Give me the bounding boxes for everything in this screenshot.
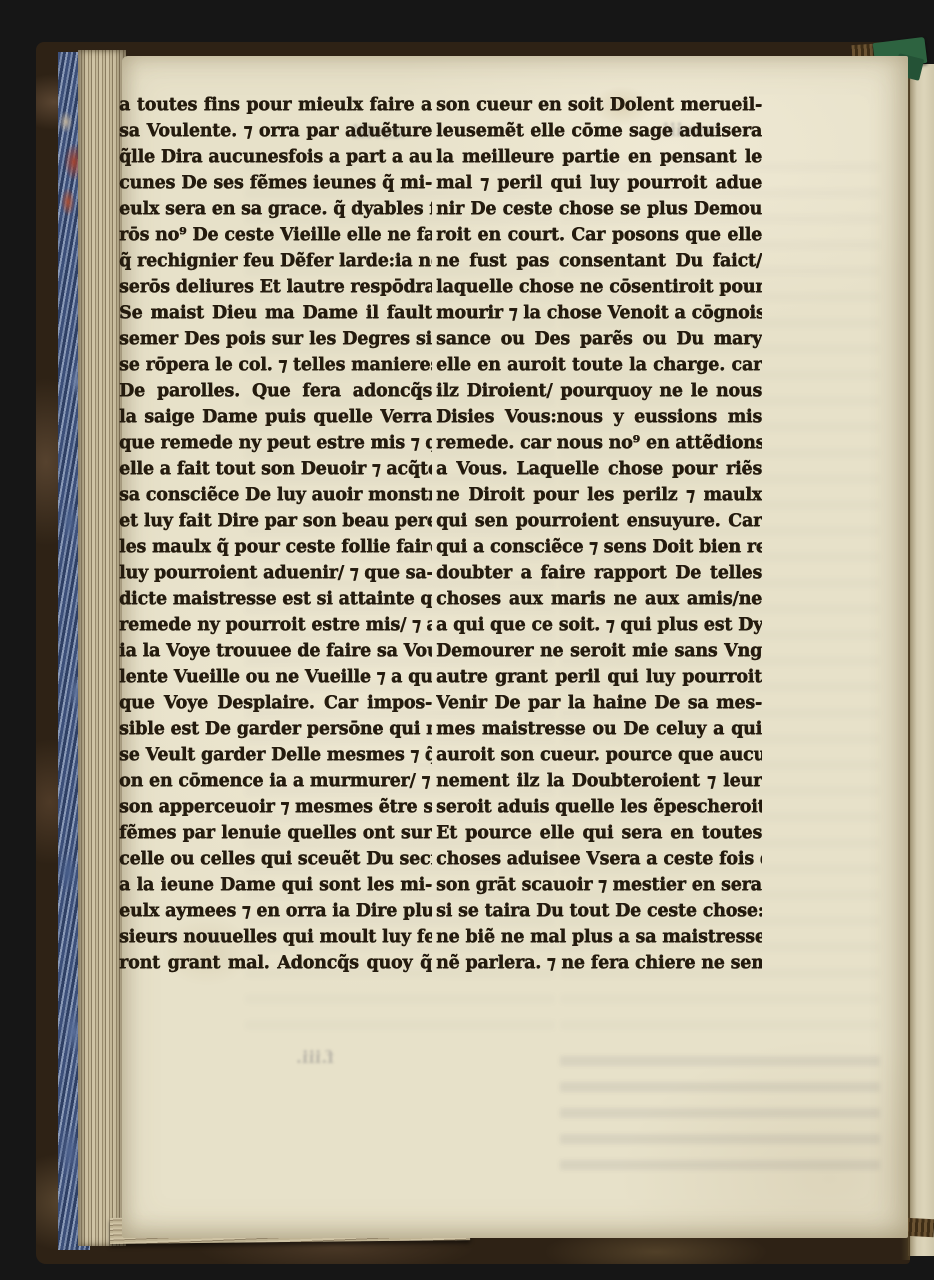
text-line: mes maistresse ou De celuy a qui [436,716,762,742]
text-line: son grāt scauoir ⁊ mestier en sera. [436,872,762,898]
text-line: sa Voulente. ⁊ orra par aduẽture [119,118,432,144]
text-line: a Vous. Laquelle chose pour riẽs [436,456,762,482]
text-line: lente Vueille ou ne Vueille ⁊ a qui [119,664,432,690]
text-line: cunes De ses fẽmes ieunes q̃ mi- [119,170,432,196]
text-line: Venir De par la haine De sa mes- [436,690,762,716]
text-line: ront grant mal. Adoncq̃s quoy q̃ [119,950,432,976]
text-line: q̃lle Dira aucunesfois a part a au [119,144,432,170]
text-line: remede ny pourroit estre mis/ ⁊ a [119,612,432,638]
text-line: ne fust pas consentant Du faict/ [436,248,762,274]
text-line: se Veult garder Delle mesmes ⁊ q̃ [119,742,432,768]
text-line: nẽ parlera. ⁊ ne fera chiere ne sem [436,950,762,976]
text-line: sance ou Des parẽs ou Du mary [436,326,762,352]
text-line: a la ieune Dame qui sont les mi- [119,872,432,898]
text-line: Demourer ne seroit mie sans Vng [436,638,762,664]
text-line: fẽmes par lenuie quelles ont sur [119,820,432,846]
text-line: a qui que ce soit. ⁊ qui plus est Dy [436,612,762,638]
text-line: choses aduisee Vsera a ceste fois de [436,846,762,872]
text-line: eulx sera en sa grace. q̃ dyables fe [119,196,432,222]
text-column-right: son cueur en soit Dolent merueil-leusemẽ… [436,92,762,1002]
text-line: nement ilz la Doubteroient ⁊ leur [436,768,762,794]
text-line: que Voye Desplaire. Car impos- [119,690,432,716]
text-line: De parolles. Que fera adoncq̃s [119,378,432,404]
text-line: mourir ⁊ la chose Venoit a cōgnois [436,300,762,326]
text-line: ne biẽ ne mal plus a sa maistresse [436,924,762,950]
text-line: elle a fait tout son Deuoir ⁊ acq̃te [119,456,432,482]
text-line: qui sen pourroient ensuyure. Car [436,508,762,534]
text-line: dicte maistresse est si attainte que [119,586,432,612]
text-line: la saige Dame puis quelle Verra [119,404,432,430]
text-line: sa consciẽce De luy auoir monstre [119,482,432,508]
text-line: semer Des pois sur les Degres si [119,326,432,352]
text-line: a toutes fins pour mieulx faire a [119,92,432,118]
text-line: celle ou celles qui sceuẽt Du secret [119,846,432,872]
text-line: auroit son cueur. pource que aucu [436,742,762,768]
text-line: les maulx q̃ pour ceste follie faire [119,534,432,560]
text-line: leusemẽt elle cōme sage aduisera [436,118,762,144]
text-line: son apperceuoir ⁊ mesmes ẽtre ses [119,794,432,820]
text-line: Disies Vous:nous y eussions mis [436,404,762,430]
text-line: son cueur en soit Dolent merueil- [436,92,762,118]
photograph-backdrop: xxviii xxviii. f.iii. a toutes fins pour… [0,0,934,1280]
text-line: qui a consciẽce ⁊ sens Doit bien re [436,534,762,560]
text-line: q̃ rechignier feu Dẽfer larde:ia nẽ [119,248,432,274]
text-line: ia la Voye trouuee de faire sa Vou [119,638,432,664]
text-line: se rōpera le col. ⁊ telles manieres [119,352,432,378]
text-line: Et pource elle qui sera en toutes [436,820,762,846]
text-line: ne Diroit pour les perilz ⁊ maulx [436,482,762,508]
text-line: eulx aymees ⁊ en orra ia Dire plu [119,898,432,924]
text-line: on en cōmence ia a murmurer/ ⁊ a [119,768,432,794]
text-line: et luy fait Dire par son beau pere [119,508,432,534]
text-line: laquelle chose ne cōsentiroit pour [436,274,762,300]
text-line: roit en court. Car posons que elle [436,222,762,248]
text-line: Se maist Dieu ma Dame il fault [119,300,432,326]
text-column-left: a toutes fins pour mieulx faire asa Voul… [119,92,432,1002]
text-line: rōs no⁹ De ceste Vieille elle ne fait [119,222,432,248]
text-line: doubter a faire rapport De telles [436,560,762,586]
text-line: elle en auroit toute la charge. car [436,352,762,378]
text-line: serōs deliures Et lautre respōdra [119,274,432,300]
text-line: remede. car nous no⁹ en attẽdions [436,430,762,456]
text-line: que remede ny peut estre mis ⁊ que [119,430,432,456]
text-line: sible est De garder persōne qui ne [119,716,432,742]
text-line: choses aux maris ne aux amis/ne [436,586,762,612]
text-line: mal ⁊ peril qui luy pourroit adue [436,170,762,196]
text-line: ilz Diroient/ pourquoy ne le nous [436,378,762,404]
text-line: seroit aduis quelle les ẽpescheroit [436,794,762,820]
text-line: autre grant peril qui luy pourroit [436,664,762,690]
facing-page-edge [908,64,934,1256]
text-line: si se taira Du tout De ceste chose: [436,898,762,924]
text-line: luy pourroient aduenir/ ⁊ que sa- [119,560,432,586]
text-line: la meilleure partie en pensant le [436,144,762,170]
text-line: sieurs nouuelles qui moult luy fe [119,924,432,950]
text-line: nir De ceste chose se plus Demou [436,196,762,222]
